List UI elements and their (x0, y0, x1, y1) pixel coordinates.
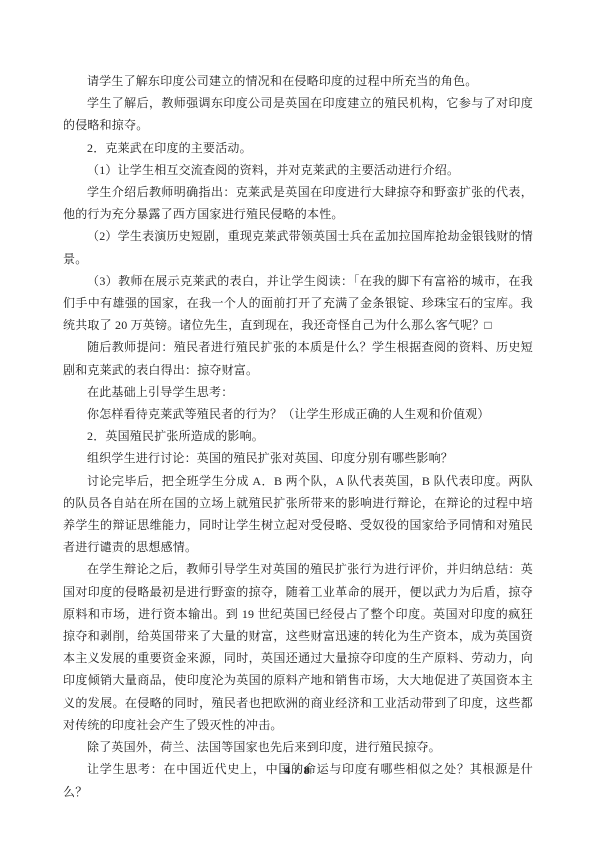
paragraph: 学生了解后，教师强调东印度公司是英国在印度建立的殖民机构，它参与了对印度的侵略和… (63, 92, 533, 136)
paragraph: 除了英国外，荷兰、法国等国家也先后来到印度，进行殖民掠夺。 (63, 736, 533, 758)
paragraph-list-item: （2）学生表演历史短剧，重现克莱武带领英国士兵在孟加拉国库抢劫金银钱财的情景。 (63, 225, 533, 269)
paragraph: 在此基础上引导学生思考： (63, 381, 533, 403)
document-page: 请学生了解东印度公司建立的情况和在侵略印度的过程中所充当的角色。 学生了解后，教… (0, 0, 595, 841)
paragraph: 你怎样看待克莱武等殖民者的行为？（让学生形成正确的人生观和价值观） (63, 403, 533, 425)
paragraph: 组织学生进行讨论：英国的殖民扩张对英国、印度分别有哪些影响？ (63, 447, 533, 469)
paragraph-numbered-heading: 2．克莱武在印度的主要活动。 (63, 137, 533, 159)
page-number: 4 / 8 (0, 763, 595, 778)
paragraph-numbered-heading: 2．英国殖民扩张所造成的影响。 (63, 425, 533, 447)
document-body: 请学生了解东印度公司建立的情况和在侵略印度的过程中所充当的角色。 学生了解后，教… (63, 70, 533, 803)
paragraph: 在学生辩论之后，教师引导学生对英国的殖民扩张行为进行评价，并归纳总结：英国对印度… (63, 558, 533, 736)
paragraph: 讨论完毕后，把全班学生分成 A．B 两个队，A 队代表英国，B 队代表印度。两队… (63, 470, 533, 559)
paragraph: 请学生了解东印度公司建立的情况和在侵略印度的过程中所充当的角色。 (63, 70, 533, 92)
paragraph: 随后教师提问：殖民者进行殖民扩张的本质是什么？学生根据查阅的资料、历史短剧和克莱… (63, 336, 533, 380)
paragraph-list-item: （1）让学生相互交流查阅的资料，并对克莱武的主要活动进行介绍。 (63, 159, 533, 181)
paragraph-list-item: （3）教师在展示克莱武的表白，并让学生阅读：「在我的脚下有富裕的城市，在我们手中… (63, 270, 533, 337)
paragraph: 学生介绍后教师明确指出：克莱武是英国在印度进行大肆掠夺和野蛮扩张的代表，他的行为… (63, 181, 533, 225)
